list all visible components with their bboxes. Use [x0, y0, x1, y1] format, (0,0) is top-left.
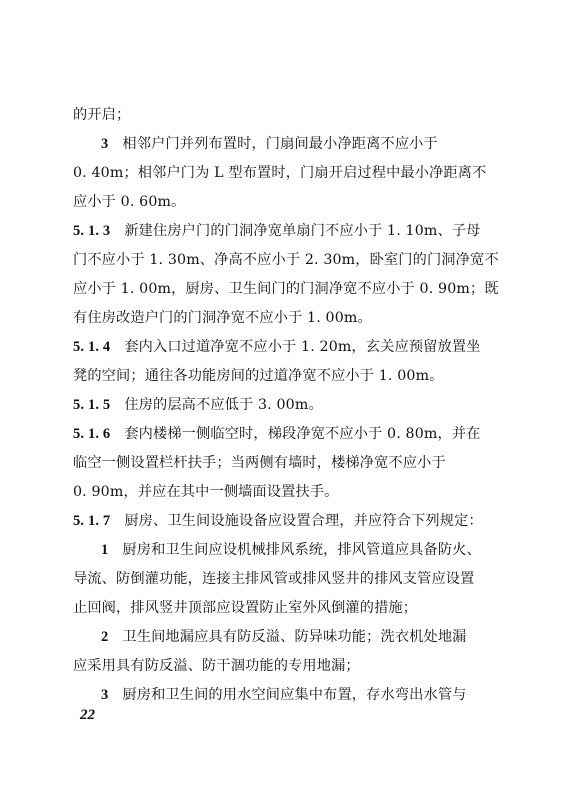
clause-5-1-4: 5. 1. 4套内入口过道净宽不应小于 1. 20m，玄关应预留放置坐	[73, 336, 493, 358]
line-text: 0. 40m；相邻户门为 L 型布置时，门扇开启过程中最小净距离不	[73, 165, 486, 181]
text-line: 临空一侧设置栏杆扶手；当两侧有墙时，楼梯净宽不应小于	[73, 452, 493, 474]
document-page: 的开启； 3相邻户门并列布置时，门扇间最小净距离不应小于 0. 40m；相邻户门…	[0, 0, 561, 804]
line-text: 应小于 0. 60m。	[73, 194, 185, 210]
clause-5-1-7: 5. 1. 7厨房、卫生间设施设备应设置合理，并应符合下列规定：	[73, 510, 493, 532]
text-line: 凳的空间；通往各功能房间的过道净宽不应小于 1. 00m。	[73, 365, 493, 387]
line-text: 应小于 1. 00m，厨房、卫生间门的门洞净宽不应小于 0. 90m；既	[73, 281, 499, 297]
line-text: 门不应小于 1. 30m、净高不应小于 2. 30m，卧室门的门洞净宽不	[73, 252, 499, 268]
line-text: 应采用具有防反溢、防干涸功能的专用地漏；	[73, 658, 360, 674]
item-number: 3	[101, 136, 108, 152]
line-text: 相邻户门并列布置时，门扇间最小净距离不应小于	[122, 136, 437, 152]
line-text: 0. 90m，并应在其中一侧墙面设置扶手。	[73, 484, 339, 500]
clause-5-1-3: 5. 1. 3新建住房户门的门洞净宽单扇门不应小于 1. 10m、子母	[73, 220, 493, 242]
text-line: 导流、防倒灌功能，连接主排风管或排风竖井的排风支管应设置	[73, 568, 493, 590]
text-line: 止回阀，排风竖井顶部应设置防止室外风倒灌的措施；	[73, 597, 493, 619]
line-text: 卫生间地漏应具有防反溢、防异味功能；洗衣机处地漏	[122, 629, 466, 645]
text-line: 应小于 0. 60m。	[73, 191, 493, 213]
text-line: 0. 40m；相邻户门为 L 型布置时，门扇开启过程中最小净距离不	[73, 162, 493, 184]
clause-number: 5. 1. 3	[73, 223, 110, 239]
line-text: 厨房和卫生间的用水空间应集中布置，存水弯出水管与	[122, 687, 466, 703]
line-text: 止回阀，排风竖井顶部应设置防止室外风倒灌的措施；	[73, 600, 417, 616]
line-text: 新建住房户门的门洞净宽单扇门不应小于 1. 10m、子母	[124, 223, 480, 239]
item-number: 1	[101, 542, 108, 558]
line-text: 有住房改造户门的门洞净宽不应小于 1. 00m。	[73, 310, 372, 326]
line-text: 凳的空间；通往各功能房间的过道净宽不应小于 1. 00m。	[73, 368, 444, 384]
line-text: 住房的层高不应低于 3. 00m。	[124, 397, 323, 413]
clause-5-1-5: 5. 1. 5住房的层高不应低于 3. 00m。	[73, 394, 493, 416]
text-line: 应采用具有防反溢、防干涸功能的专用地漏；	[73, 655, 493, 677]
clause-number: 5. 1. 7	[73, 513, 110, 529]
line-text: 套内入口过道净宽不应小于 1. 20m，玄关应预留放置坐	[124, 339, 480, 355]
text-line: 0. 90m，并应在其中一侧墙面设置扶手。	[73, 481, 493, 503]
page-number: 22	[80, 707, 95, 724]
list-item-3b: 3厨房和卫生间的用水空间应集中布置，存水弯出水管与	[101, 684, 493, 706]
clause-number: 5. 1. 5	[73, 397, 110, 413]
text-line: 应小于 1. 00m，厨房、卫生间门的门洞净宽不应小于 0. 90m；既	[73, 278, 493, 300]
line-text: 的开启；	[73, 107, 130, 123]
line-text: 导流、防倒灌功能，连接主排风管或排风竖井的排风支管应设置	[73, 571, 474, 587]
text-line: 的开启；	[73, 104, 493, 126]
line-text: 厨房和卫生间应设机械排风系统，排风管道应具备防火、	[122, 542, 480, 558]
line-text: 厨房、卫生间设施设备应设置合理，并应符合下列规定：	[124, 513, 482, 529]
list-item-2: 2卫生间地漏应具有防反溢、防异味功能；洗衣机处地漏	[101, 626, 493, 648]
clause-number: 5. 1. 4	[73, 339, 110, 355]
line-text: 临空一侧设置栏杆扶手；当两侧有墙时，楼梯净宽不应小于	[73, 455, 446, 471]
text-line: 有住房改造户门的门洞净宽不应小于 1. 00m。	[73, 307, 493, 329]
list-item-1: 1厨房和卫生间应设机械排风系统，排风管道应具备防火、	[101, 539, 493, 561]
item-number: 3	[101, 687, 108, 703]
list-item-3: 3相邻户门并列布置时，门扇间最小净距离不应小于	[101, 133, 493, 155]
clause-number: 5. 1. 6	[73, 426, 110, 442]
line-text: 套内楼梯一侧临空时，梯段净宽不应小于 0. 80m，并在	[124, 426, 480, 442]
text-line: 门不应小于 1. 30m、净高不应小于 2. 30m，卧室门的门洞净宽不	[73, 249, 493, 271]
item-number: 2	[101, 629, 108, 645]
clause-5-1-6: 5. 1. 6套内楼梯一侧临空时，梯段净宽不应小于 0. 80m，并在	[73, 423, 493, 445]
